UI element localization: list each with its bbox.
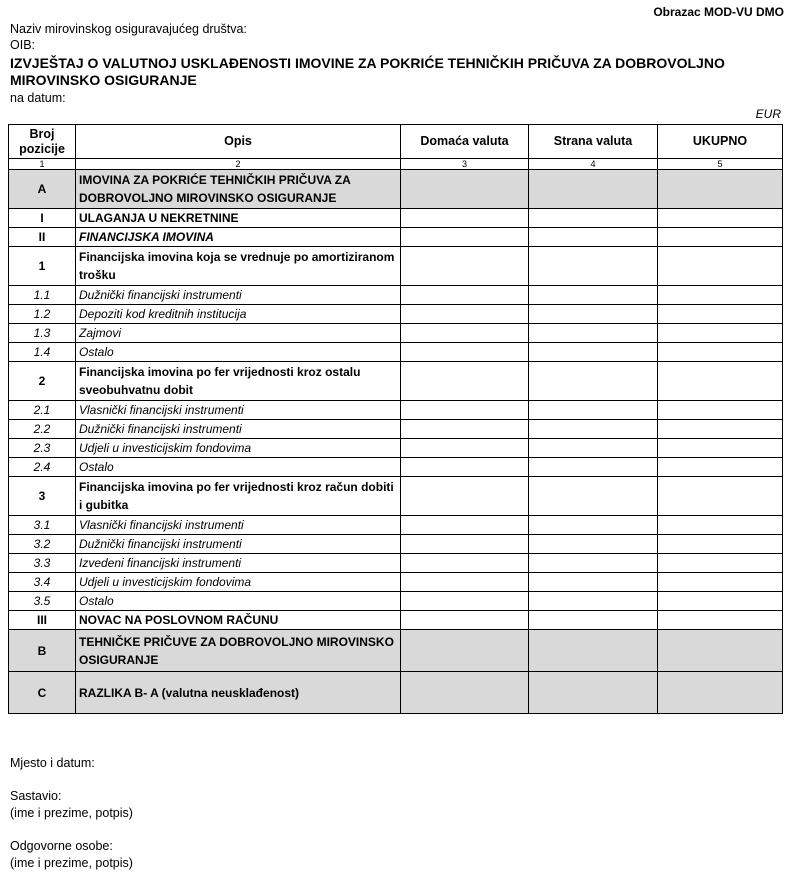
total-value-cell[interactable]: [658, 343, 783, 362]
report-table: Broj pozicije Opis Domaća valuta Strana …: [8, 124, 783, 714]
total-value-cell[interactable]: [658, 477, 783, 516]
total-value-cell[interactable]: [658, 228, 783, 247]
description-cell: NOVAC NA POSLOVNOM RAČUNU: [76, 611, 401, 630]
description-cell: Financijska imovina koja se vrednuje po …: [76, 247, 401, 286]
description-cell: Udjeli u investicijskim fondovima: [76, 573, 401, 592]
description-cell: Vlasnički financijski instrumenti: [76, 516, 401, 535]
foreign-value-cell[interactable]: [529, 305, 658, 324]
description-cell: Vlasnički financijski instrumenti: [76, 401, 401, 420]
description-cell: Financijska imovina po fer vrijednosti k…: [76, 362, 401, 401]
description-cell: RAZLIKA B- A (valutna neusklađenost): [76, 672, 401, 714]
total-value-cell[interactable]: [658, 573, 783, 592]
company-name-label: Naziv mirovinskog osiguravajućeg društva…: [10, 22, 247, 36]
domestic-value-cell[interactable]: [401, 592, 529, 611]
foreign-value-cell[interactable]: [529, 247, 658, 286]
place-date-label: Mjesto i datum:: [10, 755, 95, 772]
foreign-value-cell[interactable]: [529, 362, 658, 401]
total-value-cell[interactable]: [658, 247, 783, 286]
foreign-value-cell[interactable]: [529, 458, 658, 477]
table-row: 3.3Izvedeni financijski instrumenti: [9, 554, 783, 573]
table-row: 3Financijska imovina po fer vrijednosti …: [9, 477, 783, 516]
position-cell: B: [9, 630, 76, 672]
position-cell: I: [9, 209, 76, 228]
domestic-value-cell[interactable]: [401, 477, 529, 516]
table-row: AIMOVINA ZA POKRIĆE TEHNIČKIH PRIČUVA ZA…: [9, 170, 783, 209]
total-value-cell[interactable]: [658, 592, 783, 611]
domestic-value-cell[interactable]: [401, 324, 529, 343]
table-row: 2.3Udjeli u investicijskim fondovima: [9, 439, 783, 458]
domestic-value-cell[interactable]: [401, 554, 529, 573]
foreign-value-cell[interactable]: [529, 324, 658, 343]
form-code: Obrazac MOD-VU DMO: [653, 5, 784, 19]
total-value-cell[interactable]: [658, 324, 783, 343]
total-value-cell[interactable]: [658, 535, 783, 554]
col-header-position: Broj pozicije: [9, 125, 76, 159]
position-cell: C: [9, 672, 76, 714]
domestic-value-cell[interactable]: [401, 611, 529, 630]
foreign-value-cell[interactable]: [529, 228, 658, 247]
foreign-value-cell[interactable]: [529, 439, 658, 458]
description-cell: ULAGANJA U NEKRETNINE: [76, 209, 401, 228]
position-cell: 1.3: [9, 324, 76, 343]
total-value-cell[interactable]: [658, 439, 783, 458]
domestic-value-cell[interactable]: [401, 209, 529, 228]
description-cell: TEHNIČKE PRIČUVE ZA DOBROVOLJNO MIROVINS…: [76, 630, 401, 672]
position-cell: 2.2: [9, 420, 76, 439]
total-value-cell[interactable]: [658, 209, 783, 228]
foreign-value-cell[interactable]: [529, 672, 658, 714]
foreign-value-cell[interactable]: [529, 343, 658, 362]
foreign-value-cell[interactable]: [529, 535, 658, 554]
foreign-value-cell[interactable]: [529, 286, 658, 305]
table-row: 3.2Dužnički financijski instrumenti: [9, 535, 783, 554]
report-title: IZVJEŠTAJ O VALUTNOJ USKLAĐENOSTI IMOVIN…: [10, 55, 780, 89]
description-cell: Zajmovi: [76, 324, 401, 343]
column-number-row: 1 2 3 4 5: [9, 159, 783, 170]
table-row: 1.2Depoziti kod kreditnih institucija: [9, 305, 783, 324]
foreign-value-cell[interactable]: [529, 401, 658, 420]
position-cell: 1.1: [9, 286, 76, 305]
table-row: 2.2Dužnički financijski instrumenti: [9, 420, 783, 439]
description-cell: Udjeli u investicijskim fondovima: [76, 439, 401, 458]
position-cell: 3: [9, 477, 76, 516]
description-cell: Dužnički financijski instrumenti: [76, 535, 401, 554]
domestic-value-cell[interactable]: [401, 573, 529, 592]
domestic-value-cell[interactable]: [401, 535, 529, 554]
position-cell: III: [9, 611, 76, 630]
total-value-cell[interactable]: [658, 305, 783, 324]
position-cell: 1: [9, 247, 76, 286]
table-row: 3.5Ostalo: [9, 592, 783, 611]
domestic-value-cell[interactable]: [401, 362, 529, 401]
foreign-value-cell[interactable]: [529, 477, 658, 516]
description-cell: Depoziti kod kreditnih institucija: [76, 305, 401, 324]
foreign-value-cell[interactable]: [529, 209, 658, 228]
col-number: 1: [9, 159, 76, 170]
total-value-cell[interactable]: [658, 672, 783, 714]
compiled-by-hint: (ime i prezime, potpis): [10, 805, 133, 822]
total-value-cell[interactable]: [658, 362, 783, 401]
domestic-value-cell[interactable]: [401, 420, 529, 439]
description-cell: Dužnički financijski instrumenti: [76, 420, 401, 439]
description-cell: Ostalo: [76, 343, 401, 362]
description-cell: Izvedeni financijski instrumenti: [76, 554, 401, 573]
domestic-value-cell[interactable]: [401, 458, 529, 477]
total-value-cell[interactable]: [658, 170, 783, 209]
domestic-value-cell[interactable]: [401, 170, 529, 209]
currency-label: EUR: [756, 107, 781, 121]
foreign-value-cell[interactable]: [529, 611, 658, 630]
col-number: 5: [658, 159, 783, 170]
domestic-value-cell[interactable]: [401, 630, 529, 672]
foreign-value-cell[interactable]: [529, 516, 658, 535]
col-header-domestic: Domaća valuta: [401, 125, 529, 159]
foreign-value-cell[interactable]: [529, 420, 658, 439]
table-row: IIINOVAC NA POSLOVNOM RAČUNU: [9, 611, 783, 630]
col-number: 4: [529, 159, 658, 170]
description-cell: IMOVINA ZA POKRIĆE TEHNIČKIH PRIČUVA ZA …: [76, 170, 401, 209]
responsible-label: Odgovorne osobe:: [10, 838, 113, 855]
total-value-cell[interactable]: [658, 611, 783, 630]
foreign-value-cell[interactable]: [529, 554, 658, 573]
description-cell: Ostalo: [76, 592, 401, 611]
position-cell: 2.1: [9, 401, 76, 420]
oib-label: OIB:: [10, 38, 35, 52]
position-cell: A: [9, 170, 76, 209]
total-value-cell[interactable]: [658, 630, 783, 672]
table-row: 2Financijska imovina po fer vrijednosti …: [9, 362, 783, 401]
table-row: 2.4Ostalo: [9, 458, 783, 477]
domestic-value-cell[interactable]: [401, 228, 529, 247]
col-header-total: UKUPNO: [658, 125, 783, 159]
total-value-cell[interactable]: [658, 458, 783, 477]
col-number: 3: [401, 159, 529, 170]
description-cell: FINANCIJSKA IMOVINA: [76, 228, 401, 247]
table-row: 3.1Vlasnički financijski instrumenti: [9, 516, 783, 535]
total-value-cell[interactable]: [658, 401, 783, 420]
position-cell: 3.3: [9, 554, 76, 573]
date-label: na datum:: [10, 91, 66, 105]
foreign-value-cell[interactable]: [529, 573, 658, 592]
table-row: CRAZLIKA B- A (valutna neusklađenost): [9, 672, 783, 714]
table-row: 1.1Dužnički financijski instrumenti: [9, 286, 783, 305]
domestic-value-cell[interactable]: [401, 439, 529, 458]
domestic-value-cell[interactable]: [401, 247, 529, 286]
table-row: 1Financijska imovina koja se vrednuje po…: [9, 247, 783, 286]
position-cell: 3.5: [9, 592, 76, 611]
position-cell: 1.2: [9, 305, 76, 324]
total-value-cell[interactable]: [658, 286, 783, 305]
position-cell: 1.4: [9, 343, 76, 362]
foreign-value-cell[interactable]: [529, 592, 658, 611]
domestic-value-cell[interactable]: [401, 343, 529, 362]
position-cell: 3.4: [9, 573, 76, 592]
domestic-value-cell[interactable]: [401, 401, 529, 420]
table-row: 2.1Vlasnički financijski instrumenti: [9, 401, 783, 420]
position-cell: 2.3: [9, 439, 76, 458]
foreign-value-cell[interactable]: [529, 630, 658, 672]
total-value-cell[interactable]: [658, 420, 783, 439]
position-cell: 3.1: [9, 516, 76, 535]
position-cell: 2: [9, 362, 76, 401]
position-cell: 3.2: [9, 535, 76, 554]
table-row: 1.3Zajmovi: [9, 324, 783, 343]
foreign-value-cell[interactable]: [529, 170, 658, 209]
total-value-cell[interactable]: [658, 516, 783, 535]
col-number: 2: [76, 159, 401, 170]
col-header-foreign: Strana valuta: [529, 125, 658, 159]
table-row: 1.4Ostalo: [9, 343, 783, 362]
position-cell: II: [9, 228, 76, 247]
domestic-value-cell[interactable]: [401, 305, 529, 324]
description-cell: Dužnički financijski instrumenti: [76, 286, 401, 305]
domestic-value-cell[interactable]: [401, 286, 529, 305]
table-header-row: Broj pozicije Opis Domaća valuta Strana …: [9, 125, 783, 159]
responsible-hint: (ime i prezime, potpis): [10, 855, 133, 872]
table-row: IULAGANJA U NEKRETNINE: [9, 209, 783, 228]
compiled-by-label: Sastavio:: [10, 788, 61, 805]
domestic-value-cell[interactable]: [401, 672, 529, 714]
col-header-description: Opis: [76, 125, 401, 159]
domestic-value-cell[interactable]: [401, 516, 529, 535]
table-row: 3.4Udjeli u investicijskim fondovima: [9, 573, 783, 592]
table-row: IIFINANCIJSKA IMOVINA: [9, 228, 783, 247]
description-cell: Financijska imovina po fer vrijednosti k…: [76, 477, 401, 516]
total-value-cell[interactable]: [658, 554, 783, 573]
description-cell: Ostalo: [76, 458, 401, 477]
position-cell: 2.4: [9, 458, 76, 477]
table-row: BTEHNIČKE PRIČUVE ZA DOBROVOLJNO MIROVIN…: [9, 630, 783, 672]
